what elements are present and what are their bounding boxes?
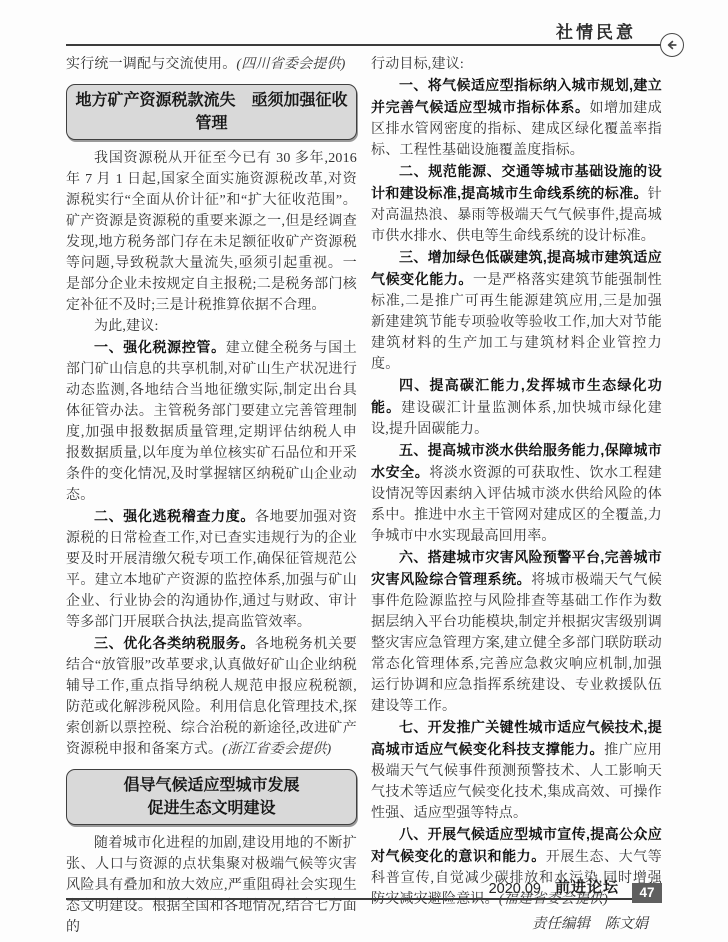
paragraph-text: 一是严格落实建筑节能强制性标准,二是推广可再生能源建筑应用,三是加强新建建筑节能…	[371, 273, 662, 372]
section-label: 社情民意	[556, 18, 636, 43]
paragraph-text: 实行统一调配与交流使用。	[66, 57, 236, 72]
paragraph-lead: 一、强化税源控管。	[94, 339, 226, 355]
right-column: 行动目标,建议:一、将气候适应型指标纳入城市规划,建立并完善气候适应型城市指标体…	[371, 54, 662, 942]
issue-date: 2020.09	[489, 881, 541, 905]
responsible-editor-line: 责任编辑 陈文娟	[371, 913, 662, 935]
left-column: 实行统一调配与交流使用。(四川省委会提供) 地方矿产资源税款流失 亟须加强征收管…	[66, 54, 357, 942]
paragraph-text: 我国资源税从开征至今已有 30 多年,2016 年 7 月 1 日起,国家全面实…	[66, 151, 357, 313]
paragraph: 行动目标,建议:	[371, 54, 662, 75]
paragraph: 一、强化税源控管。建立健全税务与国土部门矿山信息的共享机制,对矿山生产状况进行动…	[66, 337, 357, 506]
article-title-line2: 促进生态文明建设	[71, 797, 352, 820]
paragraph: 七、开发推广关键性城市适应气候技术,提高城市适应气候变化科技支撑能力。推广应用极…	[371, 717, 662, 824]
paragraph-lead: 二、规范能源、交通等城市基础设施的设计和建设标准,提高城市生命线系统的标准。	[371, 163, 662, 201]
paragraph-credit: (四川省委会提供)	[236, 57, 345, 72]
paragraph: 四、提高碳汇能力,发挥城市生态绿化功能。建设碳汇计量监测体系,加快城市绿化建设,…	[371, 375, 662, 440]
article-title-line1: 倡导气候适应型城市发展	[71, 774, 352, 797]
article2-title-box: 倡导气候适应型城市发展 促进生态文明建设	[66, 769, 357, 825]
paragraph: 实行统一调配与交流使用。(四川省委会提供)	[66, 54, 357, 75]
paragraph: 为此,建议:	[66, 316, 357, 337]
paragraph-text: 为此,建议:	[94, 319, 159, 334]
footer-content: 2020.09 前进论坛 47	[489, 876, 662, 905]
paragraph: 我国资源税从开征至今已有 30 多年,2016 年 7 月 1 日起,国家全面实…	[66, 148, 357, 316]
paragraph-text: 行动目标,建议:	[371, 57, 464, 72]
paragraph-text: 将城市极端天气气候事件危险源监控与风险排查等基础工作作为数据层纳入平台功能模块,…	[371, 573, 662, 714]
paragraph: 一、将气候适应型指标纳入城市规划,建立并完善气候适应型城市指标体系。如增加建成区…	[371, 75, 662, 161]
paragraph: 二、规范能源、交通等城市基础设施的设计和建设标准,提高城市生命线系统的标准。针对…	[371, 161, 662, 247]
journal-name: 前进论坛	[555, 876, 619, 905]
page-footer: 2020.09 前进论坛 47	[66, 877, 662, 905]
article2-continued-paragraphs: 行动目标,建议:一、将气候适应型指标纳入城市规划,建立并完善气候适应型城市指标体…	[371, 54, 662, 910]
paragraph-credit: (浙江省委会提供)	[222, 742, 331, 757]
two-column-body: 实行统一调配与交流使用。(四川省委会提供) 地方矿产资源税款流失 亟须加强征收管…	[66, 54, 662, 942]
carryover-paragraphs: 实行统一调配与交流使用。(四川省委会提供)	[66, 54, 357, 75]
article-title: 地方矿产资源税款流失 亟须加强征收管理	[71, 89, 352, 135]
header-rule	[66, 44, 668, 46]
article1-title-box: 地方矿产资源税款流失 亟须加强征收管理	[66, 84, 357, 140]
paragraph-lead: 三、优化各类纳税服务。	[94, 635, 255, 651]
paragraph-text: 各地税务机关要结合“放管服”改革要求,认真做好矿山企业纳税辅导工作,重点指导纳税…	[66, 637, 357, 757]
paragraph: 三、增加绿色低碳建筑,提高城市建筑适应气候变化能力。一是严格落实建筑节能强制性标…	[371, 247, 662, 375]
paragraph-text: 建设碳汇计量监测体系,加快城市绿化建设,提升固碳能力。	[371, 401, 662, 437]
paragraph: 六、搭建城市灾害风险预警平台,完善城市灾害风险综合管理系统。将城市极端天气气候事…	[371, 547, 662, 717]
paragraph: 三、优化各类纳税服务。各地税务机关要结合“放管服”改革要求,认真做好矿山企业纳税…	[66, 633, 357, 760]
paragraph-lead: 二、强化逃税稽查力度。	[94, 508, 255, 524]
paragraph: 二、强化逃税稽查力度。各地要加强对资源税的日常检查工作,对已查实违规行为的企业要…	[66, 506, 357, 633]
page-number-badge: 47	[632, 883, 662, 903]
page-header: 社情民意	[66, 12, 662, 46]
magazine-page: 社情民意 实行统一调配与交流使用。(四川省委会提供) 地方矿产资源税款流失 亟须…	[0, 0, 728, 942]
paragraph-text: 建立健全税务与国土部门矿山信息的共享机制,对矿山生产状况进行动态监测,各地结合当…	[66, 341, 357, 503]
paragraph-text: 各地要加强对资源税的日常检查工作,对已查实违规行为的企业要及时开展清缴欠税专项工…	[66, 510, 357, 630]
article1-paragraphs: 我国资源税从开征至今已有 30 多年,2016 年 7 月 1 日起,国家全面实…	[66, 148, 357, 760]
circled-back-arrow-icon	[660, 33, 684, 57]
paragraph: 五、提高城市淡水供给服务能力,保障城市水安全。将淡水资源的可获取性、饮水工程建设…	[371, 440, 662, 547]
